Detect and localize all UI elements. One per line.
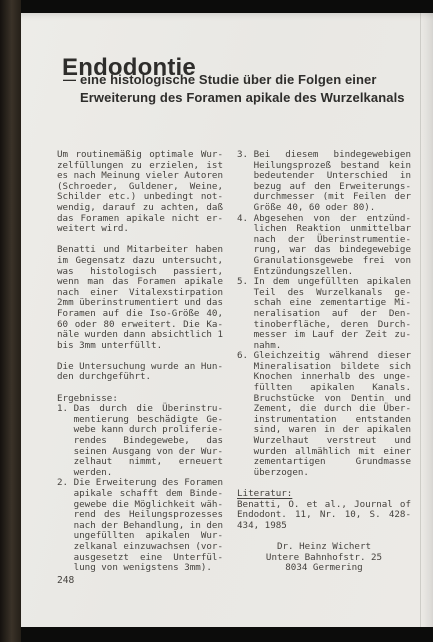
text-line: wendig, darauf zu achten, daß xyxy=(57,203,223,214)
list-item-number: 1. xyxy=(57,404,68,415)
result-item-5: 5.In dem ungefüllten apikalenTeil des Wu… xyxy=(237,277,411,351)
text-line: bis 3mm unterfüllt. xyxy=(57,341,223,352)
book-spine xyxy=(0,0,21,642)
list-item-number: 2. xyxy=(57,478,68,489)
intro-paragraph: Um routinemäßig optimale Wur-zelfüllunge… xyxy=(57,150,223,235)
text-line: im Gegensatz dazu untersucht, xyxy=(57,256,223,267)
text-line: Granulationsgewebe frei von xyxy=(254,256,411,267)
literature-heading: Literatur: xyxy=(237,489,411,500)
subtitle-line-1: eine histologische Studie über die Folge… xyxy=(80,71,405,89)
scanned-journal-page: { "colors": { "background": "#0c0c0b", "… xyxy=(0,0,433,642)
text-line: zelkanal einzuwachsen (vor- xyxy=(74,542,223,553)
result-item-3: 3.Bei diesem bindegewebigenHeilungsproze… xyxy=(237,150,411,214)
text-line: Um routinemäßig optimale Wur- xyxy=(57,150,223,161)
subtitle-line-2: Erweiterung des Foramen apikale des Wurz… xyxy=(80,89,405,107)
list-item-number: 3. xyxy=(237,150,248,161)
page-subtitle: — eine histologische Studie über die Fol… xyxy=(63,71,405,107)
list-item-number: 5. xyxy=(237,277,248,288)
text-line: Bei diesem bindegewebigen xyxy=(254,150,411,161)
text-line: apikale schafft dem Binde- xyxy=(74,489,223,500)
method-paragraph: Die Untersuchung wurde an Hun-den durchg… xyxy=(57,362,223,383)
study-paragraph: Benatti und Mitarbeiter habenim Gegensat… xyxy=(57,245,223,351)
page-number: 248 xyxy=(57,575,74,586)
result-item-1: 1.Das durch die Überinstru-mentierung be… xyxy=(57,404,223,478)
page-edge-line xyxy=(420,13,421,627)
text-column-left: Um routinemäßig optimale Wur-zelfüllunge… xyxy=(57,150,223,574)
author-address: Dr. Heinz WichertUntere Bahnhofstr. 2580… xyxy=(237,542,411,574)
text-line: Größe 40, 60 oder 80). xyxy=(254,203,411,214)
text-line: 8034 Germering xyxy=(237,563,411,574)
text-line: den durchgeführt. xyxy=(57,372,223,383)
text-line: Dr. Heinz Wichert xyxy=(237,542,411,553)
result-item-2: 2.Die Erweiterung des Foramenapikale sch… xyxy=(57,478,223,573)
text-line: Foramen auf die Iso-Größe 40, xyxy=(57,309,223,320)
text-line: neralisation auf der Den- xyxy=(254,309,411,320)
text-line: lung von wenigstens 3mm). xyxy=(74,563,223,574)
text-line: überzogen. xyxy=(254,468,411,479)
text-column-right: 3.Bei diesem bindegewebigenHeilungsproze… xyxy=(237,150,411,574)
result-item-6: 6.Gleichzeitig während dieserMineralisat… xyxy=(237,351,411,478)
reference-entry: Benatti, O. et al., Journal ofEndodont. … xyxy=(237,500,411,532)
list-item-number: 6. xyxy=(237,351,248,362)
text-line: weitert wird. xyxy=(57,224,223,235)
result-item-4: 4.Abgesehen von der entzünd-lichen Reakt… xyxy=(237,214,411,278)
list-item-number: 4. xyxy=(237,214,248,225)
text-line: 434, 1985 xyxy=(237,521,411,532)
subtitle-dash: — xyxy=(63,71,76,89)
